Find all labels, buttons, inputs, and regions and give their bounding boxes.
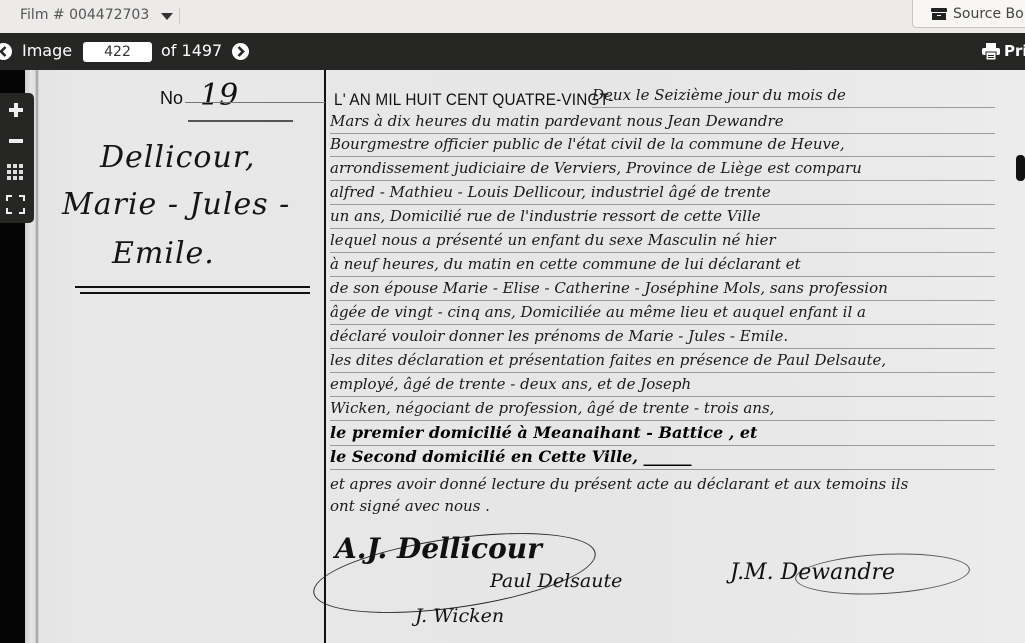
column-divider bbox=[324, 70, 326, 643]
record-line: déclaré vouloir donner les prénoms de Ma… bbox=[330, 325, 995, 349]
divider bbox=[185, 102, 325, 103]
grid-view-button[interactable] bbox=[0, 157, 34, 187]
ink-blot bbox=[1016, 155, 1025, 181]
caret-down-icon[interactable] bbox=[161, 13, 173, 20]
image-total-label: of 1497 bbox=[161, 41, 222, 60]
divider bbox=[80, 292, 310, 294]
record-line: alfred - Mathieu - Louis Dellicour, indu… bbox=[330, 181, 995, 205]
image-viewer[interactable]: No 19 Dellicour, Marie - Jules - Emile. … bbox=[0, 70, 1025, 643]
record-line: les dites déclaration et présentation fa… bbox=[330, 349, 995, 373]
signature-witness-1: Paul Delsaute bbox=[490, 570, 622, 592]
margin-given-names: Marie - Jules - bbox=[62, 187, 290, 222]
record-line: lequel nous a présenté un enfant du sexe… bbox=[330, 229, 995, 253]
divider bbox=[75, 286, 310, 288]
fullscreen-icon bbox=[6, 195, 25, 214]
entry-number: 19 bbox=[200, 78, 238, 113]
signature-official: J.M. Dewandre bbox=[730, 560, 895, 585]
divider bbox=[188, 120, 293, 122]
chevron-right-circle-icon[interactable] bbox=[232, 43, 249, 60]
margin-given-names-cont: Emile. bbox=[112, 236, 215, 271]
entry-number-label: No bbox=[160, 88, 183, 109]
image-nav-bar: Image of 1497 Pri bbox=[0, 33, 1025, 70]
print-button[interactable]: Pri bbox=[982, 42, 1025, 60]
margin-surname: Dellicour, bbox=[100, 140, 255, 175]
zoom-in-button[interactable] bbox=[0, 95, 34, 125]
source-box-label: Source Bo bbox=[953, 6, 1024, 22]
archive-box-icon bbox=[931, 8, 947, 20]
chevron-left-circle-icon[interactable] bbox=[0, 43, 12, 60]
record-line: un ans, Domicilié rue de l'industrie res… bbox=[330, 205, 995, 229]
record-line: Mars à dix heures du matin pardevant nou… bbox=[330, 110, 995, 134]
record-line: Wicken, négociant de profession, âgé de … bbox=[330, 397, 995, 421]
image-number-input[interactable] bbox=[83, 42, 152, 62]
record-line: le Second domicilié en Cette Ville, ____… bbox=[330, 446, 995, 470]
record-line: Bourgmestre officier public de l'état ci… bbox=[330, 133, 995, 157]
fullscreen-button[interactable] bbox=[0, 189, 34, 219]
record-line: à neuf heures, du matin en cette commune… bbox=[330, 253, 995, 277]
printed-header: L' AN MIL HUIT CENT QUATRE-VINGT- bbox=[334, 90, 613, 110]
record-line: employé, âgé de trente - deux ans, et de… bbox=[330, 373, 995, 397]
zoom-toolbar bbox=[0, 93, 34, 223]
grid-icon bbox=[7, 164, 25, 180]
image-label: Image bbox=[22, 41, 72, 60]
signature-witness-2: J. Wicken bbox=[415, 605, 504, 627]
zoom-out-button[interactable] bbox=[0, 126, 34, 156]
print-label: Pri bbox=[1004, 42, 1025, 60]
film-bar: Film # 004472703 Source Bo bbox=[0, 0, 1025, 33]
divider bbox=[179, 8, 180, 24]
record-line: ont signé avec nous . bbox=[330, 495, 995, 519]
record-line: de son épouse Marie - Elise - Catherine … bbox=[330, 277, 995, 301]
record-line: le premier domicilié à Meanaihant - Batt… bbox=[330, 422, 995, 446]
film-number-label: Film # 004472703 bbox=[20, 7, 149, 23]
record-line: âgée de vingt - cinq ans, Domiciliée au … bbox=[330, 301, 995, 325]
printer-icon bbox=[982, 43, 1000, 60]
source-box-button[interactable]: Source Bo bbox=[912, 0, 1025, 28]
record-line: Deux le Seizième jour du mois de bbox=[592, 84, 995, 108]
record-line: et apres avoir donné lecture du présent … bbox=[330, 473, 995, 497]
signature-declarant: A.J. Dellicour bbox=[335, 532, 542, 565]
record-line: arrondissement judiciaire de Verviers, P… bbox=[330, 157, 995, 181]
